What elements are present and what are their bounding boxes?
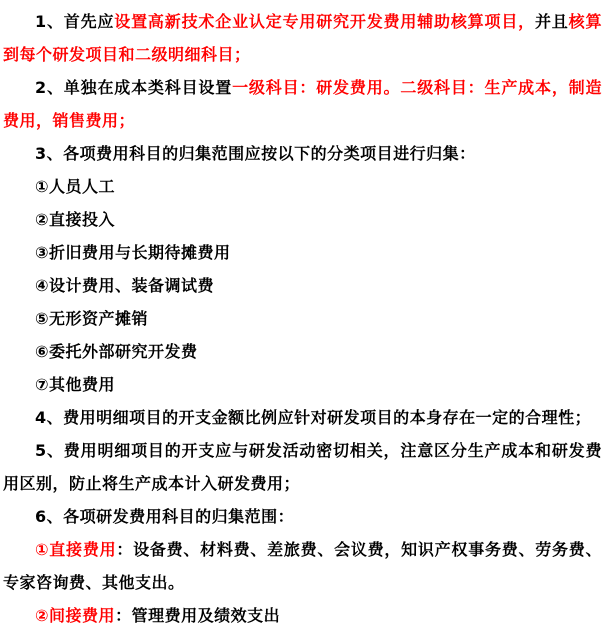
para-point-3: 3、各项费用科目的归集范围应按以下的分类项目进行归集：	[3, 137, 602, 170]
para-point-1: 1、首先应设置高新技术企业认定专用研究开发费用辅助核算项目，并且核算到每个研发项…	[3, 5, 602, 71]
para-point-2: 2、单独在成本类科目设置一级科目：研发费用。二级科目：生产成本，制造费用，销售费…	[3, 71, 602, 137]
text-run: ⑦其他费用	[35, 375, 115, 394]
para-indirect-expenses: ②间接费用：管理费用及绩效支出	[3, 599, 602, 632]
text-run: ④设计费用、装备调试费	[35, 276, 214, 295]
text-run: ⑥委托外部研究开发费	[35, 342, 198, 361]
text-run: 5、费用明细项目的开支应与研发活动密切相关，注意区分生产成本和研发费用区别，防止…	[3, 441, 602, 493]
list-item-personnel: ①人员人工	[3, 170, 602, 203]
list-item-outsourced-rd: ⑥委托外部研究开发费	[3, 335, 602, 368]
list-item-intangible-amortization: ⑤无形资产摊销	[3, 302, 602, 335]
text-run-emphasis: ②间接费用	[35, 606, 115, 625]
para-point-6: 6、各项研发费用科目的归集范围：	[3, 500, 602, 533]
text-run: ：管理费用及绩效支出	[115, 606, 280, 625]
para-point-4: 4、费用明细项目的开支金额比例应针对研发项目的本身存在一定的合理性；	[3, 401, 602, 434]
text-run: ①人员人工	[35, 177, 115, 196]
text-run: ⑤无形资产摊销	[35, 309, 148, 328]
text-run: 2、单独在成本类科目设置	[35, 78, 232, 97]
text-run-emphasis: 设置高新技术企业认定专用研究开发费用辅助核算项目，	[114, 12, 535, 31]
list-item-direct-input: ②直接投入	[3, 203, 602, 236]
list-item-depreciation: ③折旧费用与长期待摊费用	[3, 236, 602, 269]
list-item-other-expenses: ⑦其他费用	[3, 368, 602, 401]
list-item-design-fees: ④设计费用、装备调试费	[3, 269, 602, 302]
text-run: 4、费用明细项目的开支金额比例应针对研发项目的本身存在一定的合理性；	[35, 408, 591, 427]
text-run: 6、各项研发费用科目的归集范围：	[35, 507, 294, 526]
document-page: 1、首先应设置高新技术企业认定专用研究开发费用辅助核算项目，并且核算到每个研发项…	[0, 0, 609, 632]
para-point-5: 5、费用明细项目的开支应与研发活动密切相关，注意区分生产成本和研发费用区别，防止…	[3, 434, 602, 500]
text-run: 1、首先应	[35, 12, 114, 31]
text-run: ③折旧费用与长期待摊费用	[35, 243, 231, 262]
para-direct-expenses: ①直接费用：设备费、材料费、差旅费、会议费，知识产权事务费、劳务费、专家咨询费、…	[3, 533, 602, 599]
text-run: 3、各项费用科目的归集范围应按以下的分类项目进行归集：	[35, 144, 476, 163]
text-run: ②直接投入	[35, 210, 115, 229]
text-run: 并且	[535, 12, 569, 31]
text-run-emphasis: ①直接费用	[35, 540, 116, 559]
